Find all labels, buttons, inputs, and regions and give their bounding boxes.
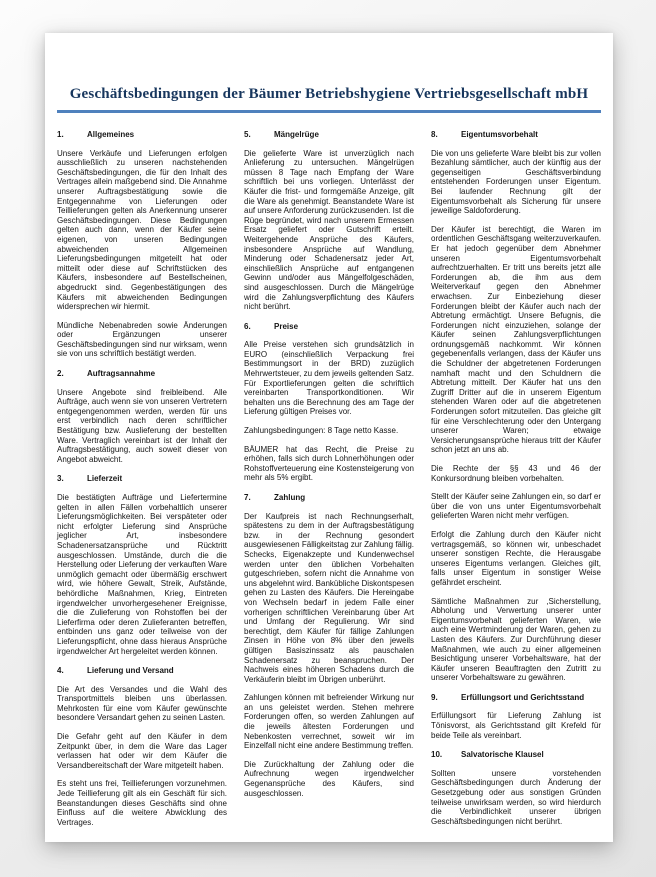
document-column: 1.AllgemeinesUnsere Verkäufe und Lieferu… — [57, 130, 227, 836]
terms-section: 9.Erfüllungsort und GerichtsstandErfüllu… — [431, 693, 601, 740]
section-title: Erfüllungsort und Gerichtsstand — [461, 693, 584, 702]
section-number: 4. — [57, 666, 87, 676]
section-paragraph: Die Rechte der §§ 43 und 46 der Konkurso… — [431, 464, 601, 483]
section-paragraph: Unsere Verkäufe und Lieferungen erfolgen… — [57, 149, 227, 312]
terms-section: 10.Salvatorische KlauselSollten unsere v… — [431, 750, 601, 826]
section-number: 9. — [431, 693, 461, 703]
section-paragraph: Die von uns gelieferte Ware bleibt bis z… — [431, 149, 601, 216]
document-columns: 1.AllgemeinesUnsere Verkäufe und Lieferu… — [57, 130, 601, 836]
section-title: Lieferzeit — [87, 474, 122, 483]
section-paragraph: Unsere Angebote sind freibleibend. Alle … — [57, 388, 227, 465]
section-number: 8. — [431, 130, 461, 140]
section-number: 3. — [57, 474, 87, 484]
section-title: Lieferung und Versand — [87, 666, 174, 675]
terms-section: 1.AllgemeinesUnsere Verkäufe und Lieferu… — [57, 130, 227, 359]
section-number: 6. — [244, 322, 274, 332]
section-paragraph: Die Art des Versandes und die Wahl des T… — [57, 685, 227, 723]
section-number: 7. — [244, 493, 274, 503]
section-paragraph: Erfüllungsort für Lieferung Zahlung ist … — [431, 711, 601, 740]
terms-section: 2.AuftragsannahmeUnsere Angebote sind fr… — [57, 369, 227, 464]
section-paragraph: Mündliche Nebenabreden sowie Änderungen … — [57, 321, 227, 359]
section-title: Zahlung — [274, 493, 305, 502]
section-paragraph: Zahlungsbedingungen: 8 Tage netto Kasse. — [244, 426, 414, 436]
terms-section: 6.PreiseAlle Preise verstehen sich grund… — [244, 322, 414, 483]
document-column: 5.MängelrügeDie gelieferte Ware ist unve… — [244, 130, 414, 836]
section-paragraph: Der Kaufpreis ist nach Rechnungserhalt, … — [244, 512, 414, 685]
section-paragraph: Stellt der Käufer seine Zahlungen ein, s… — [431, 492, 601, 521]
terms-section: 4.Lieferung und VersandDie Art des Versa… — [57, 666, 227, 827]
document-page: Geschäftsbedingungen der Bäumer Betriebs… — [45, 33, 613, 842]
document-title: Geschäftsbedingungen der Bäumer Betriebs… — [57, 86, 601, 103]
section-paragraph: Der Käufer ist berechtigt, die Waren im … — [431, 225, 601, 455]
section-title: Salvatorische Klausel — [461, 750, 544, 759]
section-heading: 6.Preise — [244, 322, 414, 332]
section-number: 5. — [244, 130, 274, 140]
section-paragraph: BÄUMER hat das Recht, die Preise zu erhö… — [244, 445, 414, 483]
section-paragraph: Es steht uns frei, Teillieferungen vorzu… — [57, 779, 227, 827]
section-paragraph: Die Zurückhaltung der Zahlung oder die A… — [244, 760, 414, 798]
section-title: Auftragsannahme — [87, 369, 155, 378]
section-paragraph: Sollten unsere vorstehenden Geschäftsbed… — [431, 769, 601, 827]
section-title: Eigentumsvorbehalt — [461, 130, 538, 139]
section-heading: 4.Lieferung und Versand — [57, 666, 227, 676]
section-paragraph: Die Gefahr geht auf den Käufer in dem Ze… — [57, 732, 227, 770]
title-rule — [57, 110, 601, 113]
section-title: Preise — [274, 322, 298, 331]
section-number: 1. — [57, 130, 87, 140]
terms-section: 8.EigentumsvorbehaltDie von uns geliefer… — [431, 130, 601, 683]
section-paragraph: Die bestätigten Aufträge und Liefertermi… — [57, 493, 227, 656]
section-paragraph: Die gelieferte Ware ist unverzüglich nac… — [244, 149, 414, 312]
section-paragraph: Alle Preise verstehen sich grundsätzlich… — [244, 340, 414, 417]
terms-section: 3.LieferzeitDie bestätigten Aufträge und… — [57, 474, 227, 656]
document-column: 8.EigentumsvorbehaltDie von uns geliefer… — [431, 130, 601, 836]
section-heading: 2.Auftragsannahme — [57, 369, 227, 379]
terms-section: 7.ZahlungDer Kaufpreis ist nach Rechnung… — [244, 493, 414, 798]
section-heading: 1.Allgemeines — [57, 130, 227, 140]
section-title: Mängelrüge — [274, 130, 319, 139]
section-heading: 3.Lieferzeit — [57, 474, 227, 484]
section-number: 2. — [57, 369, 87, 379]
section-paragraph: Erfolgt die Zahlung durch den Käufer nic… — [431, 530, 601, 588]
section-heading: 8.Eigentumsvorbehalt — [431, 130, 601, 140]
section-paragraph: Zahlungen können mit befreiender Wirkung… — [244, 693, 414, 751]
terms-section: 5.MängelrügeDie gelieferte Ware ist unve… — [244, 130, 414, 312]
section-title: Allgemeines — [87, 130, 134, 139]
section-number: 10. — [431, 750, 461, 760]
section-paragraph: Sämtliche Maßnahmen zur ,Sicherstellung,… — [431, 597, 601, 683]
section-heading: 9.Erfüllungsort und Gerichtsstand — [431, 693, 601, 703]
section-heading: 7.Zahlung — [244, 493, 414, 503]
section-heading: 5.Mängelrüge — [244, 130, 414, 140]
section-heading: 10.Salvatorische Klausel — [431, 750, 601, 760]
